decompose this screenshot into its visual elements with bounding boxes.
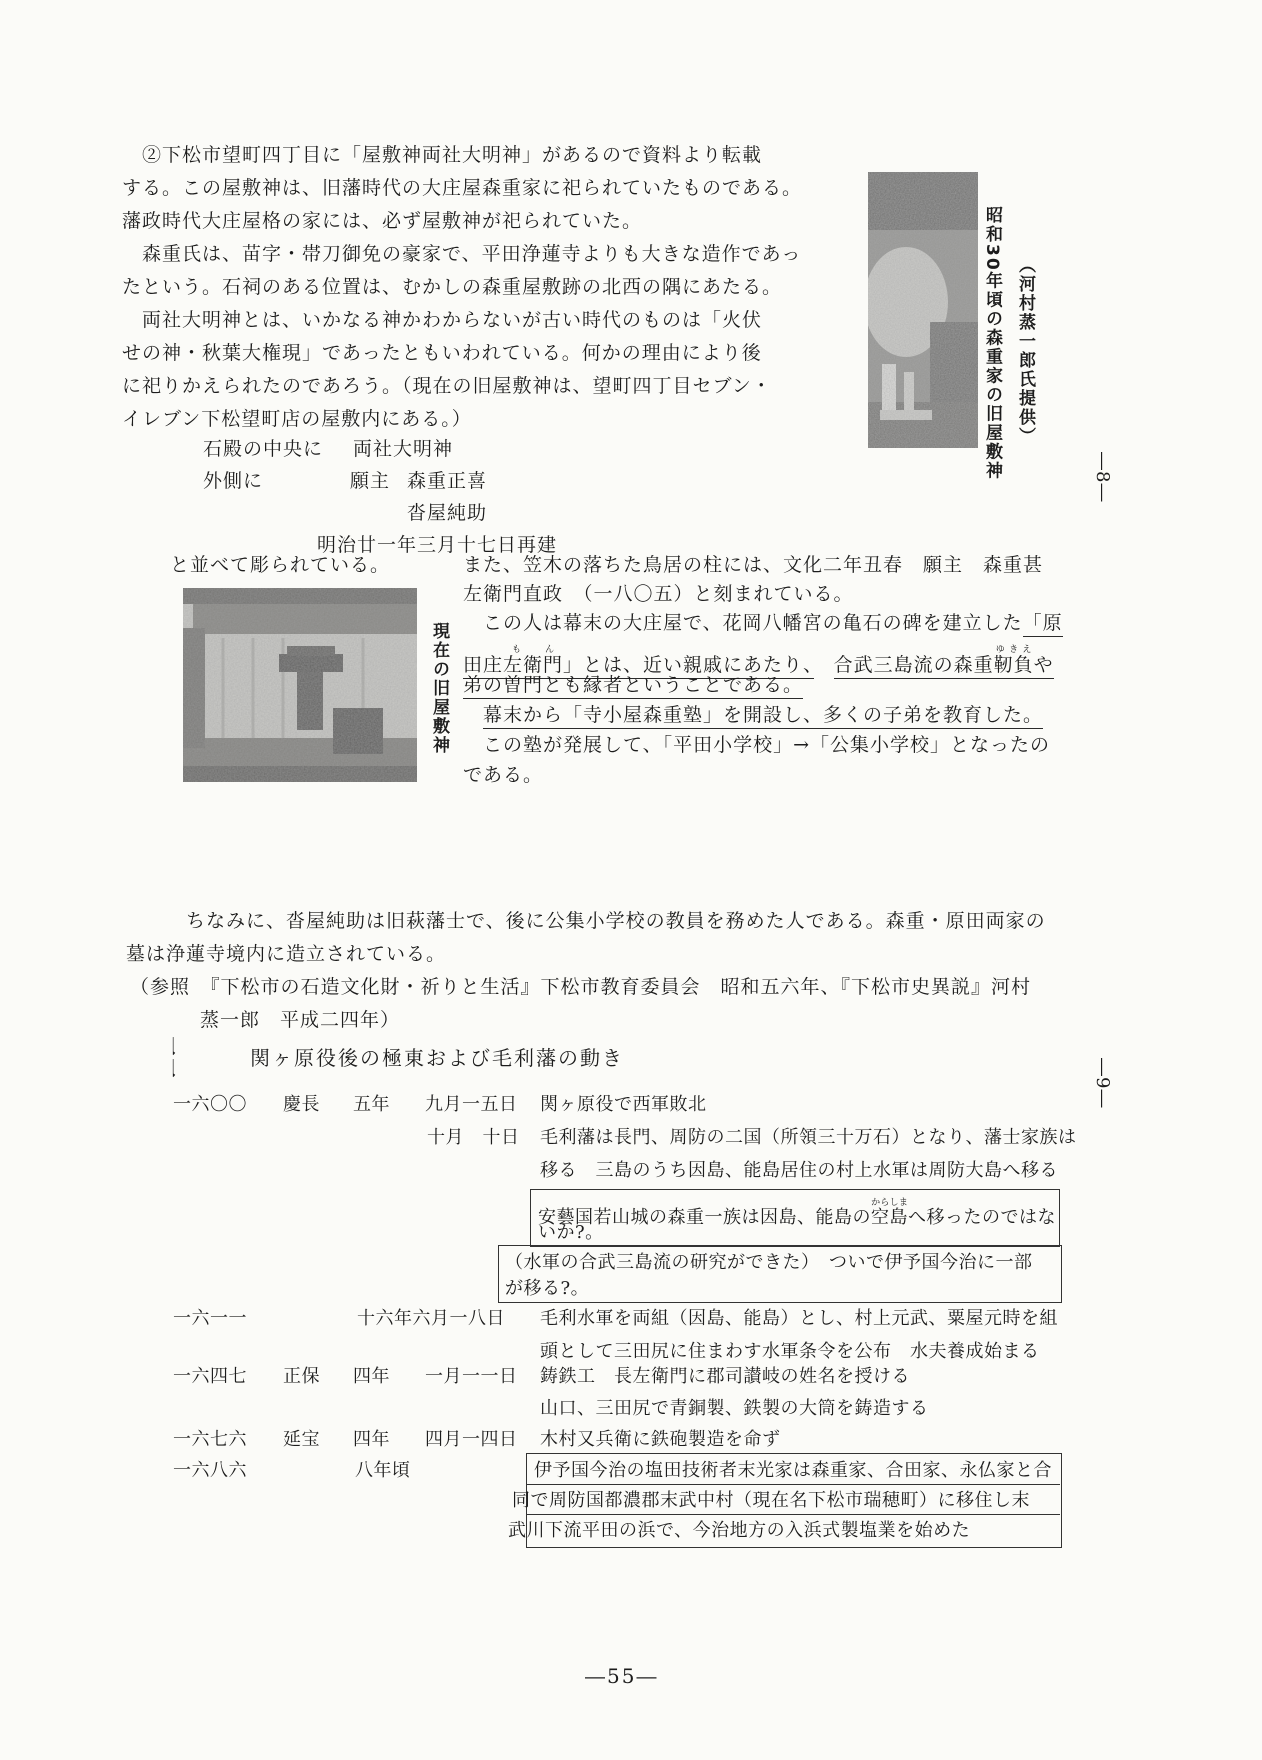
- timeline-year: 一六七六: [173, 1431, 247, 1449]
- text-line: 蒸一郎 平成二四年）: [200, 1011, 400, 1030]
- section-title: 関ヶ原役後の極東および毛利藩の動き: [250, 1048, 624, 1068]
- inscription-row4: 明治廿一年三月十七日再建: [317, 536, 557, 555]
- text-line: 幕末から「寺小屋森重塾」を開設し、多くの子弟を教育した。: [463, 706, 1043, 725]
- timeline-year: 一六八六: [173, 1462, 247, 1480]
- text-line: 墓は浄蓮寺境内に造立されている。: [126, 945, 446, 964]
- text-line: せの神・秋葉大権現」であったともいわれている。何かの理由により後: [122, 344, 762, 363]
- photo-current-shrine: [183, 588, 417, 782]
- text-line: この人は幕末の大庄屋で、花岡八幡宮の亀石の碑を建立した「原: [463, 614, 1063, 633]
- timeline-era-year: 五年: [353, 1096, 390, 1114]
- inscription-row2-left: 外側に: [203, 472, 263, 491]
- text-line: 田庄左衛門もん」とは、近い親戚にあたり、 合武三島流の森重靭負ゆきえや: [463, 645, 1054, 675]
- text-line: また、笠木の落ちた鳥居の柱には、文化二年丑春 願主 森重甚: [463, 556, 1043, 575]
- document-page: ②下松市望町四丁目に「屋敷神両社大明神」があるので資料より転載 する。この屋敷神…: [0, 0, 1262, 1760]
- timeline-desc: 毛利水軍を両組（因島、能島）とし、村上元武、粟屋元時を組: [540, 1310, 1058, 1328]
- inscription-row2-right: 森重正喜: [407, 472, 487, 491]
- text-line: 両社大明神とは、いかなる神かわからないが古い時代のものは「火伏: [122, 311, 762, 330]
- timeline-date: 九月一五日: [425, 1096, 518, 1114]
- text-line: たという。石祠のある位置は、むかしの森重屋敷跡の北西の隅にあたる。: [122, 278, 782, 297]
- page-marker-9: ―9―: [1092, 1058, 1113, 1108]
- timeline-era: 延宝: [283, 1431, 320, 1449]
- timeline-desc: 移る 三島のうち因島、能島居住の村上水軍は周防大島へ移る: [540, 1162, 1058, 1180]
- page-marker-8: ―8―: [1092, 452, 1113, 502]
- timeline-date: 一月一一日: [425, 1368, 518, 1386]
- timeline-era-year: 四年: [353, 1431, 390, 1449]
- text-line: 左衛門直政 （一八〇五）と刻まれている。: [463, 585, 854, 604]
- text-line: この塾が発展して、「平田小学校」→「公集小学校」となったの: [463, 736, 1050, 755]
- timeline-desc-boxed: が移る?。: [505, 1280, 589, 1298]
- text-line: 藩政時代大庄屋格の家には、必ず屋敷神が祀られていた。: [122, 212, 642, 231]
- timeline-year: 一六一一: [173, 1310, 247, 1328]
- inscription-row3: 沓屋純助: [407, 504, 487, 523]
- lead-line: と並べて彫られている。: [170, 556, 390, 575]
- text-line: 森重氏は、苗字・帯刀御免の豪家で、平田浄蓮寺よりも大きな造作であっ: [122, 245, 801, 264]
- timeline-desc-boxed: 安藝国若山城の森重一族は因島、能島の空島からしまへ移ったのではな: [538, 1198, 1056, 1227]
- inscription-row1-left: 石殿の中央に: [203, 440, 323, 459]
- timeline-era: 正保: [283, 1368, 320, 1386]
- text-line: イレブン下松望町店の屋敷内にある。）: [122, 410, 472, 429]
- text-line: する。この屋敷神は、旧藩時代の大庄屋森重家に祀られていたものである。: [122, 179, 802, 198]
- timeline-desc-boxed: 武川下流平田の浜で、今治地方の入浜式製塩業を始めた: [508, 1522, 970, 1540]
- timeline-date: 四月一四日: [425, 1431, 518, 1449]
- timeline-desc: 鋳鉄工 長左衛門に郡司讃岐の姓名を授ける: [540, 1368, 910, 1386]
- text-line: に祀りかえられたのであろう。（現在の旧屋敷神は、望町四丁目セブン・: [122, 377, 772, 396]
- text-line: 弟の曽門とも縁者ということである。: [463, 676, 803, 695]
- section-number: 一一: [150, 1048, 194, 1068]
- text-line: である。: [463, 766, 543, 785]
- timeline-desc: 毛利藩は長門、周防の二国（所領三十万石）となり、藩士家族は: [540, 1129, 1077, 1147]
- timeline-year: 一六四七: [173, 1368, 247, 1386]
- photo2-caption: 現在の旧屋敷神: [430, 622, 447, 755]
- inscription-row2-mid: 願主: [350, 472, 390, 491]
- text-line: ②下松市望町四丁目に「屋敷神両社大明神」があるので資料より転載: [122, 146, 762, 165]
- timeline-era-year: 八年頃: [355, 1462, 411, 1480]
- text-line: （参照 『下松市の石造文化財・祈りと生活』下松市教育委員会 昭和五六年、『下松市…: [130, 978, 1031, 997]
- timeline-desc: 山口、三田尻で青銅製、鉄製の大筒を鋳造する: [540, 1400, 929, 1418]
- timeline-desc: 関ヶ原役で西軍敗北: [540, 1096, 707, 1114]
- timeline-date: 十月 十日: [427, 1129, 520, 1147]
- photo1-caption: 昭和30年頃の森重家の旧屋敷神: [983, 206, 1000, 481]
- timeline-desc-boxed: 伊予国今治の塩田技術者末光家は森重家、合田家、永仏家と合: [534, 1462, 1052, 1480]
- timeline-desc-boxed: （水軍の合武三島流の研究ができた） ついで伊予国今治に一部: [505, 1254, 1033, 1272]
- timeline-desc-boxed: いか?。: [538, 1224, 604, 1242]
- timeline-desc-boxed: 同で周防国都濃郡末武中村（現在名下松市瑞穂町）に移住し末: [512, 1492, 1030, 1510]
- text-line: ちなみに、沓屋純助は旧萩藩士で、後に公集小学校の教員を務めた人である。森重・原田…: [166, 912, 1046, 931]
- page-number-55: ―55―: [585, 1664, 658, 1688]
- timeline-year: 一六〇〇: [173, 1096, 247, 1114]
- timeline-era: 慶長: [283, 1096, 320, 1114]
- photo1-credit: （河村蒸一郎氏提供）: [1016, 256, 1033, 446]
- inscription-row1-right: 両社大明神: [353, 440, 453, 459]
- photo-old-shrine-showa30: [868, 172, 978, 448]
- timeline-date: 十六年六月一八日: [357, 1310, 505, 1328]
- box3-inner-rule: [526, 1484, 1060, 1485]
- box3-inner-rule: [526, 1514, 1060, 1515]
- timeline-desc: 頭として三田尻に住まわす水軍条令を公布 水夫養成始まる: [540, 1343, 1040, 1361]
- timeline-desc: 木村又兵衛に鉄砲製造を命ず: [540, 1431, 781, 1449]
- timeline-era-year: 四年: [353, 1368, 390, 1386]
